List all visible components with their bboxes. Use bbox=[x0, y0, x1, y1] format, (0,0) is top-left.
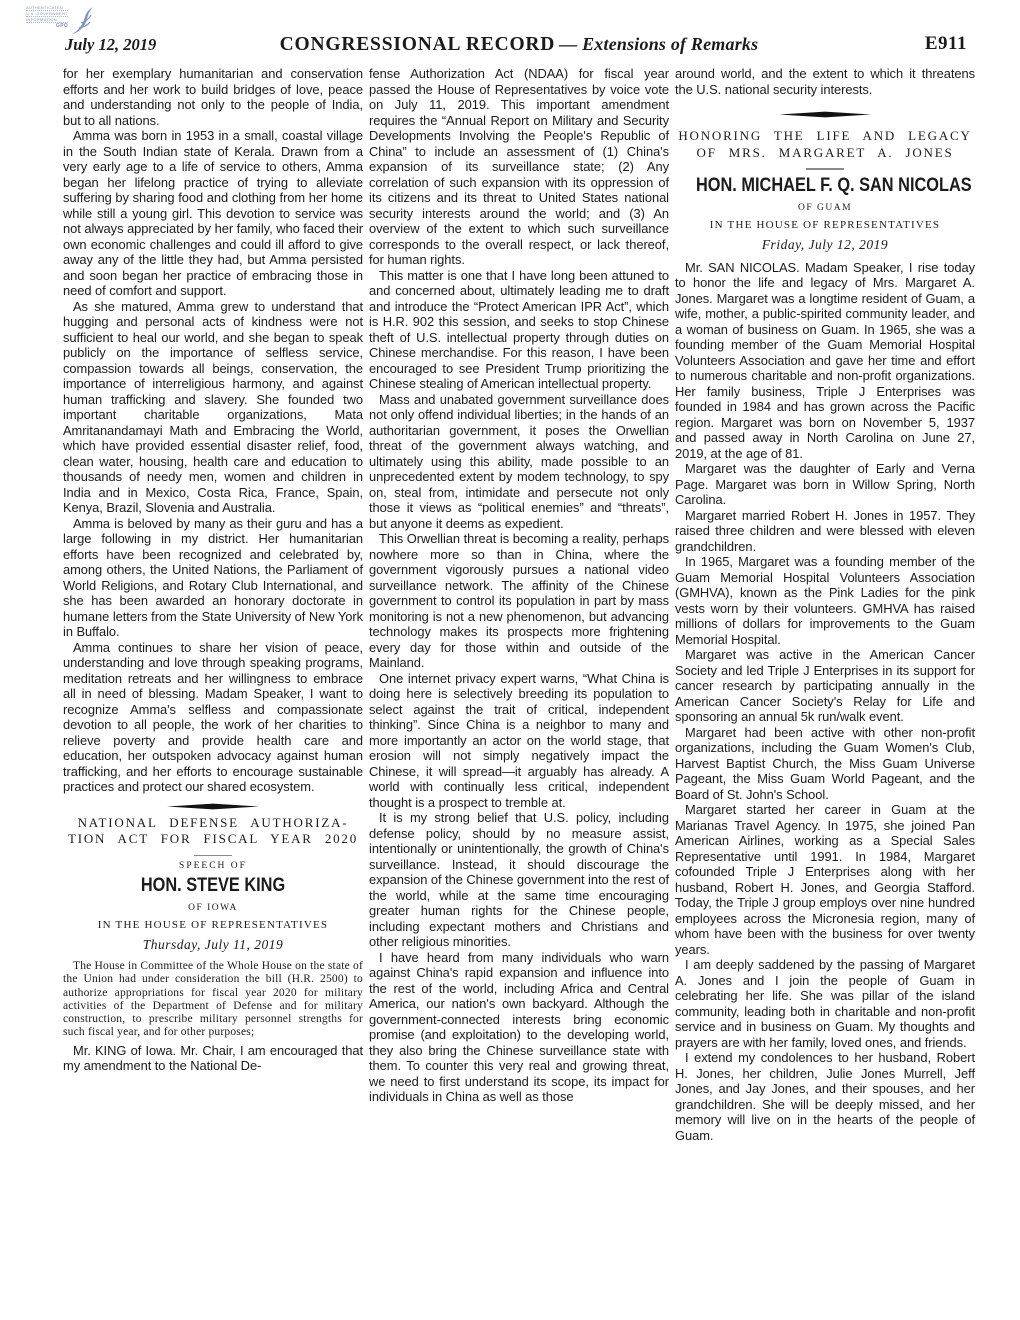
gpo-logo-text: AUTHENTICATED U.S. GOVERNMENT INFORMATIO… bbox=[26, 5, 68, 29]
text-columns: for her exemplary humanitarian and conse… bbox=[63, 66, 975, 1143]
paragraph: Margaret started her career in Guam at t… bbox=[675, 802, 975, 957]
paragraph: Amma continues to share her vision of pe… bbox=[63, 640, 363, 795]
paragraph: One internet privacy expert warns, “What… bbox=[369, 671, 669, 811]
paragraph: This matter is one that I have long been… bbox=[369, 268, 669, 392]
speaker-name: HON. STEVE KING bbox=[84, 875, 342, 897]
paragraph: Amma was born in 1953 in a small, coasta… bbox=[63, 128, 363, 299]
section-heading-line: TION ACT FOR FISCAL YEAR 2020 bbox=[68, 831, 358, 846]
paragraph: Amma is beloved by many as their guru an… bbox=[63, 516, 363, 640]
section-heading-line: NATIONAL DEFENSE AUTHORIZA- bbox=[78, 815, 349, 830]
heading-rule bbox=[194, 855, 232, 857]
column-3: around world, and the extent to which it… bbox=[675, 66, 975, 1143]
masthead: July 12, 2019 CONGRESSIONAL RECORD — Ext… bbox=[63, 30, 975, 56]
section-heading-line: OF MRS. MARGARET A. JONES bbox=[697, 145, 954, 160]
paragraph: around world, and the extent to which it… bbox=[675, 66, 975, 97]
section-divider-diamond bbox=[675, 111, 975, 118]
column-1: for her exemplary humanitarian and conse… bbox=[63, 66, 363, 1143]
paragraph: In 1965, Margaret was a founding member … bbox=[675, 554, 975, 647]
section-heading: HONORING THE LIFE AND LEGACY OF MRS. MAR… bbox=[675, 128, 975, 161]
publication-title: CONGRESSIONAL RECORD — Extensions of Rem… bbox=[63, 34, 975, 56]
paragraph: Margaret was the daughter of Early and V… bbox=[675, 461, 975, 508]
section-divider-diamond bbox=[63, 803, 363, 810]
page-number: E911 bbox=[925, 33, 967, 55]
paragraph: Mr. KING of Iowa. Mr. Chair, I am encour… bbox=[63, 1043, 363, 1074]
publication-title-main: CONGRESSIONAL RECORD bbox=[280, 34, 556, 55]
paragraph: This Orwellian threat is becoming a real… bbox=[369, 531, 669, 671]
section-heading-line: HONORING THE LIFE AND LEGACY bbox=[678, 128, 971, 143]
paragraph: As she matured, Amma grew to understand … bbox=[63, 299, 363, 516]
speech-date: Friday, July 12, 2019 bbox=[675, 237, 975, 253]
paragraph: for her exemplary humanitarian and conse… bbox=[63, 66, 363, 128]
chamber-label: IN THE HOUSE OF REPRESENTATIVES bbox=[63, 919, 363, 931]
speech-date: Thursday, July 11, 2019 bbox=[63, 937, 363, 953]
paragraph: Margaret was active in the American Canc… bbox=[675, 647, 975, 725]
paragraph: fense Authorization Act (NDAA) for fisca… bbox=[369, 66, 669, 268]
publication-title-section: — Extensions of Remarks bbox=[559, 34, 758, 54]
paragraph: Margaret had been active with other non-… bbox=[675, 725, 975, 803]
paragraph: Mass and unabated government surveillanc… bbox=[369, 392, 669, 532]
congressional-record-page: AUTHENTICATED U.S. GOVERNMENT INFORMATIO… bbox=[0, 0, 1020, 1320]
column-2: fense Authorization Act (NDAA) for fisca… bbox=[369, 66, 669, 1143]
chamber-label: IN THE HOUSE OF REPRESENTATIVES bbox=[675, 219, 975, 231]
speaker-state: OF GUAM bbox=[675, 203, 975, 213]
speaker-name: HON. MICHAEL F. Q. SAN NICOLAS bbox=[696, 175, 954, 197]
paragraph: Margaret married Robert H. Jones in 1957… bbox=[675, 508, 975, 555]
section-heading: NATIONAL DEFENSE AUTHORIZA- TION ACT FOR… bbox=[63, 815, 363, 848]
paragraph: I extend my condolences to her husband, … bbox=[675, 1050, 975, 1143]
speaker-state: OF IOWA bbox=[63, 903, 363, 913]
paragraph: Mr. SAN NICOLAS. Madam Speaker, I rise t… bbox=[675, 260, 975, 462]
speech-of-label: SPEECH OF bbox=[63, 861, 363, 871]
paragraph: I have heard from many individuals who w… bbox=[369, 950, 669, 1105]
paragraph: I am deeply saddened by the passing of M… bbox=[675, 957, 975, 1050]
paragraph: It is my strong belief that U.S. policy,… bbox=[369, 810, 669, 950]
gpo-logo-mark: GPO bbox=[56, 24, 68, 29]
heading-rule bbox=[806, 168, 844, 170]
procedural-note: The House in Committee of the Whole Hous… bbox=[63, 960, 363, 1040]
